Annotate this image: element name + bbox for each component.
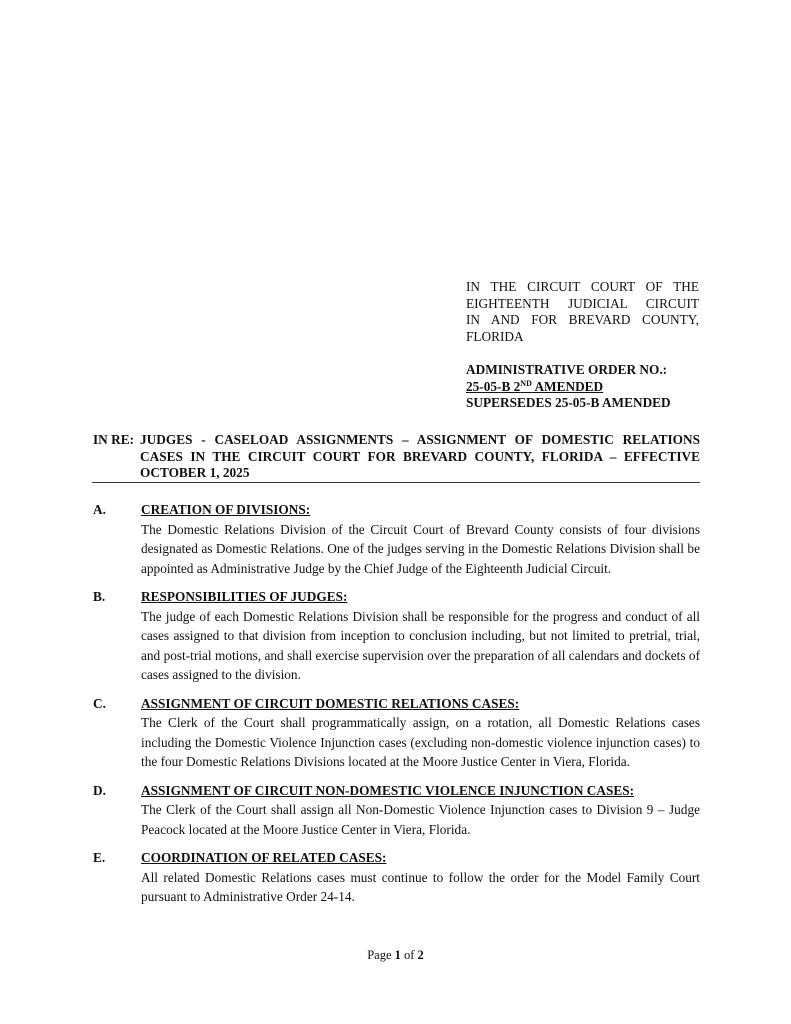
section-heading: CREATION OF DIVISIONS: [141, 500, 700, 520]
supersedes-note: SUPERSEDES 25-05-B AMENDED [466, 395, 699, 412]
section-body: The Clerk of the Court shall programmati… [141, 713, 700, 772]
page-number: Page 1 of 2 [0, 948, 791, 963]
in-re-block: IN RE: JUDGES - CASELOAD ASSIGNMENTS – A… [93, 432, 700, 482]
section-heading: ASSIGNMENT OF CIRCUIT NON-DOMESTIC VIOLE… [141, 781, 700, 801]
section-letter: C. [93, 694, 106, 714]
in-re-label: IN RE: [93, 432, 134, 449]
section-heading: COORDINATION OF RELATED CASES: [141, 848, 700, 868]
order-label: ADMINISTRATIVE ORDER NO.: [466, 362, 699, 379]
court-line: IN THE CIRCUIT COURT OF THE [466, 279, 699, 296]
court-name: IN THE CIRCUIT COURT OF THE EIGHTEENTH J… [466, 279, 699, 346]
section-c: C. ASSIGNMENT OF CIRCUIT DOMESTIC RELATI… [93, 694, 700, 772]
page-separator: of [401, 948, 418, 962]
in-re-subject: JUDGES - CASELOAD ASSIGNMENTS – ASSIGNME… [140, 432, 700, 482]
order-block: ADMINISTRATIVE ORDER NO.: 25-05-B 2ND AM… [466, 362, 699, 412]
order-number-main: 25-05-B 2 [466, 379, 520, 394]
section-e: E. COORDINATION OF RELATED CASES: All re… [93, 848, 700, 907]
order-sections: A. CREATION OF DIVISIONS: The Domestic R… [93, 500, 700, 916]
order-number-suffix: AMENDED [532, 379, 603, 394]
section-letter: D. [93, 781, 106, 801]
divider-rule [92, 482, 700, 483]
page-total: 2 [418, 948, 424, 962]
page-prefix: Page [367, 948, 394, 962]
section-b: B. RESPONSIBILITIES OF JUDGES: The judge… [93, 587, 700, 685]
order-number: 25-05-B 2ND AMENDED [466, 379, 699, 396]
court-line: FLORIDA [466, 329, 699, 346]
section-body: The Domestic Relations Division of the C… [141, 520, 700, 579]
court-line: IN AND FOR BREVARD COUNTY, [466, 312, 699, 329]
section-heading: ASSIGNMENT OF CIRCUIT DOMESTIC RELATIONS… [141, 694, 700, 714]
section-body: The Clerk of the Court shall assign all … [141, 800, 700, 839]
section-d: D. ASSIGNMENT OF CIRCUIT NON-DOMESTIC VI… [93, 781, 700, 840]
court-line: EIGHTEENTH JUDICIAL CIRCUIT [466, 296, 699, 313]
section-letter: E. [93, 848, 105, 868]
order-number-ordinal: ND [520, 379, 532, 388]
section-a: A. CREATION OF DIVISIONS: The Domestic R… [93, 500, 700, 578]
case-caption: IN THE CIRCUIT COURT OF THE EIGHTEENTH J… [466, 279, 699, 412]
section-heading: RESPONSIBILITIES OF JUDGES: [141, 587, 700, 607]
section-body: All related Domestic Relations cases mus… [141, 868, 700, 907]
section-letter: A. [93, 500, 106, 520]
section-body: The judge of each Domestic Relations Div… [141, 607, 700, 685]
section-letter: B. [93, 587, 105, 607]
